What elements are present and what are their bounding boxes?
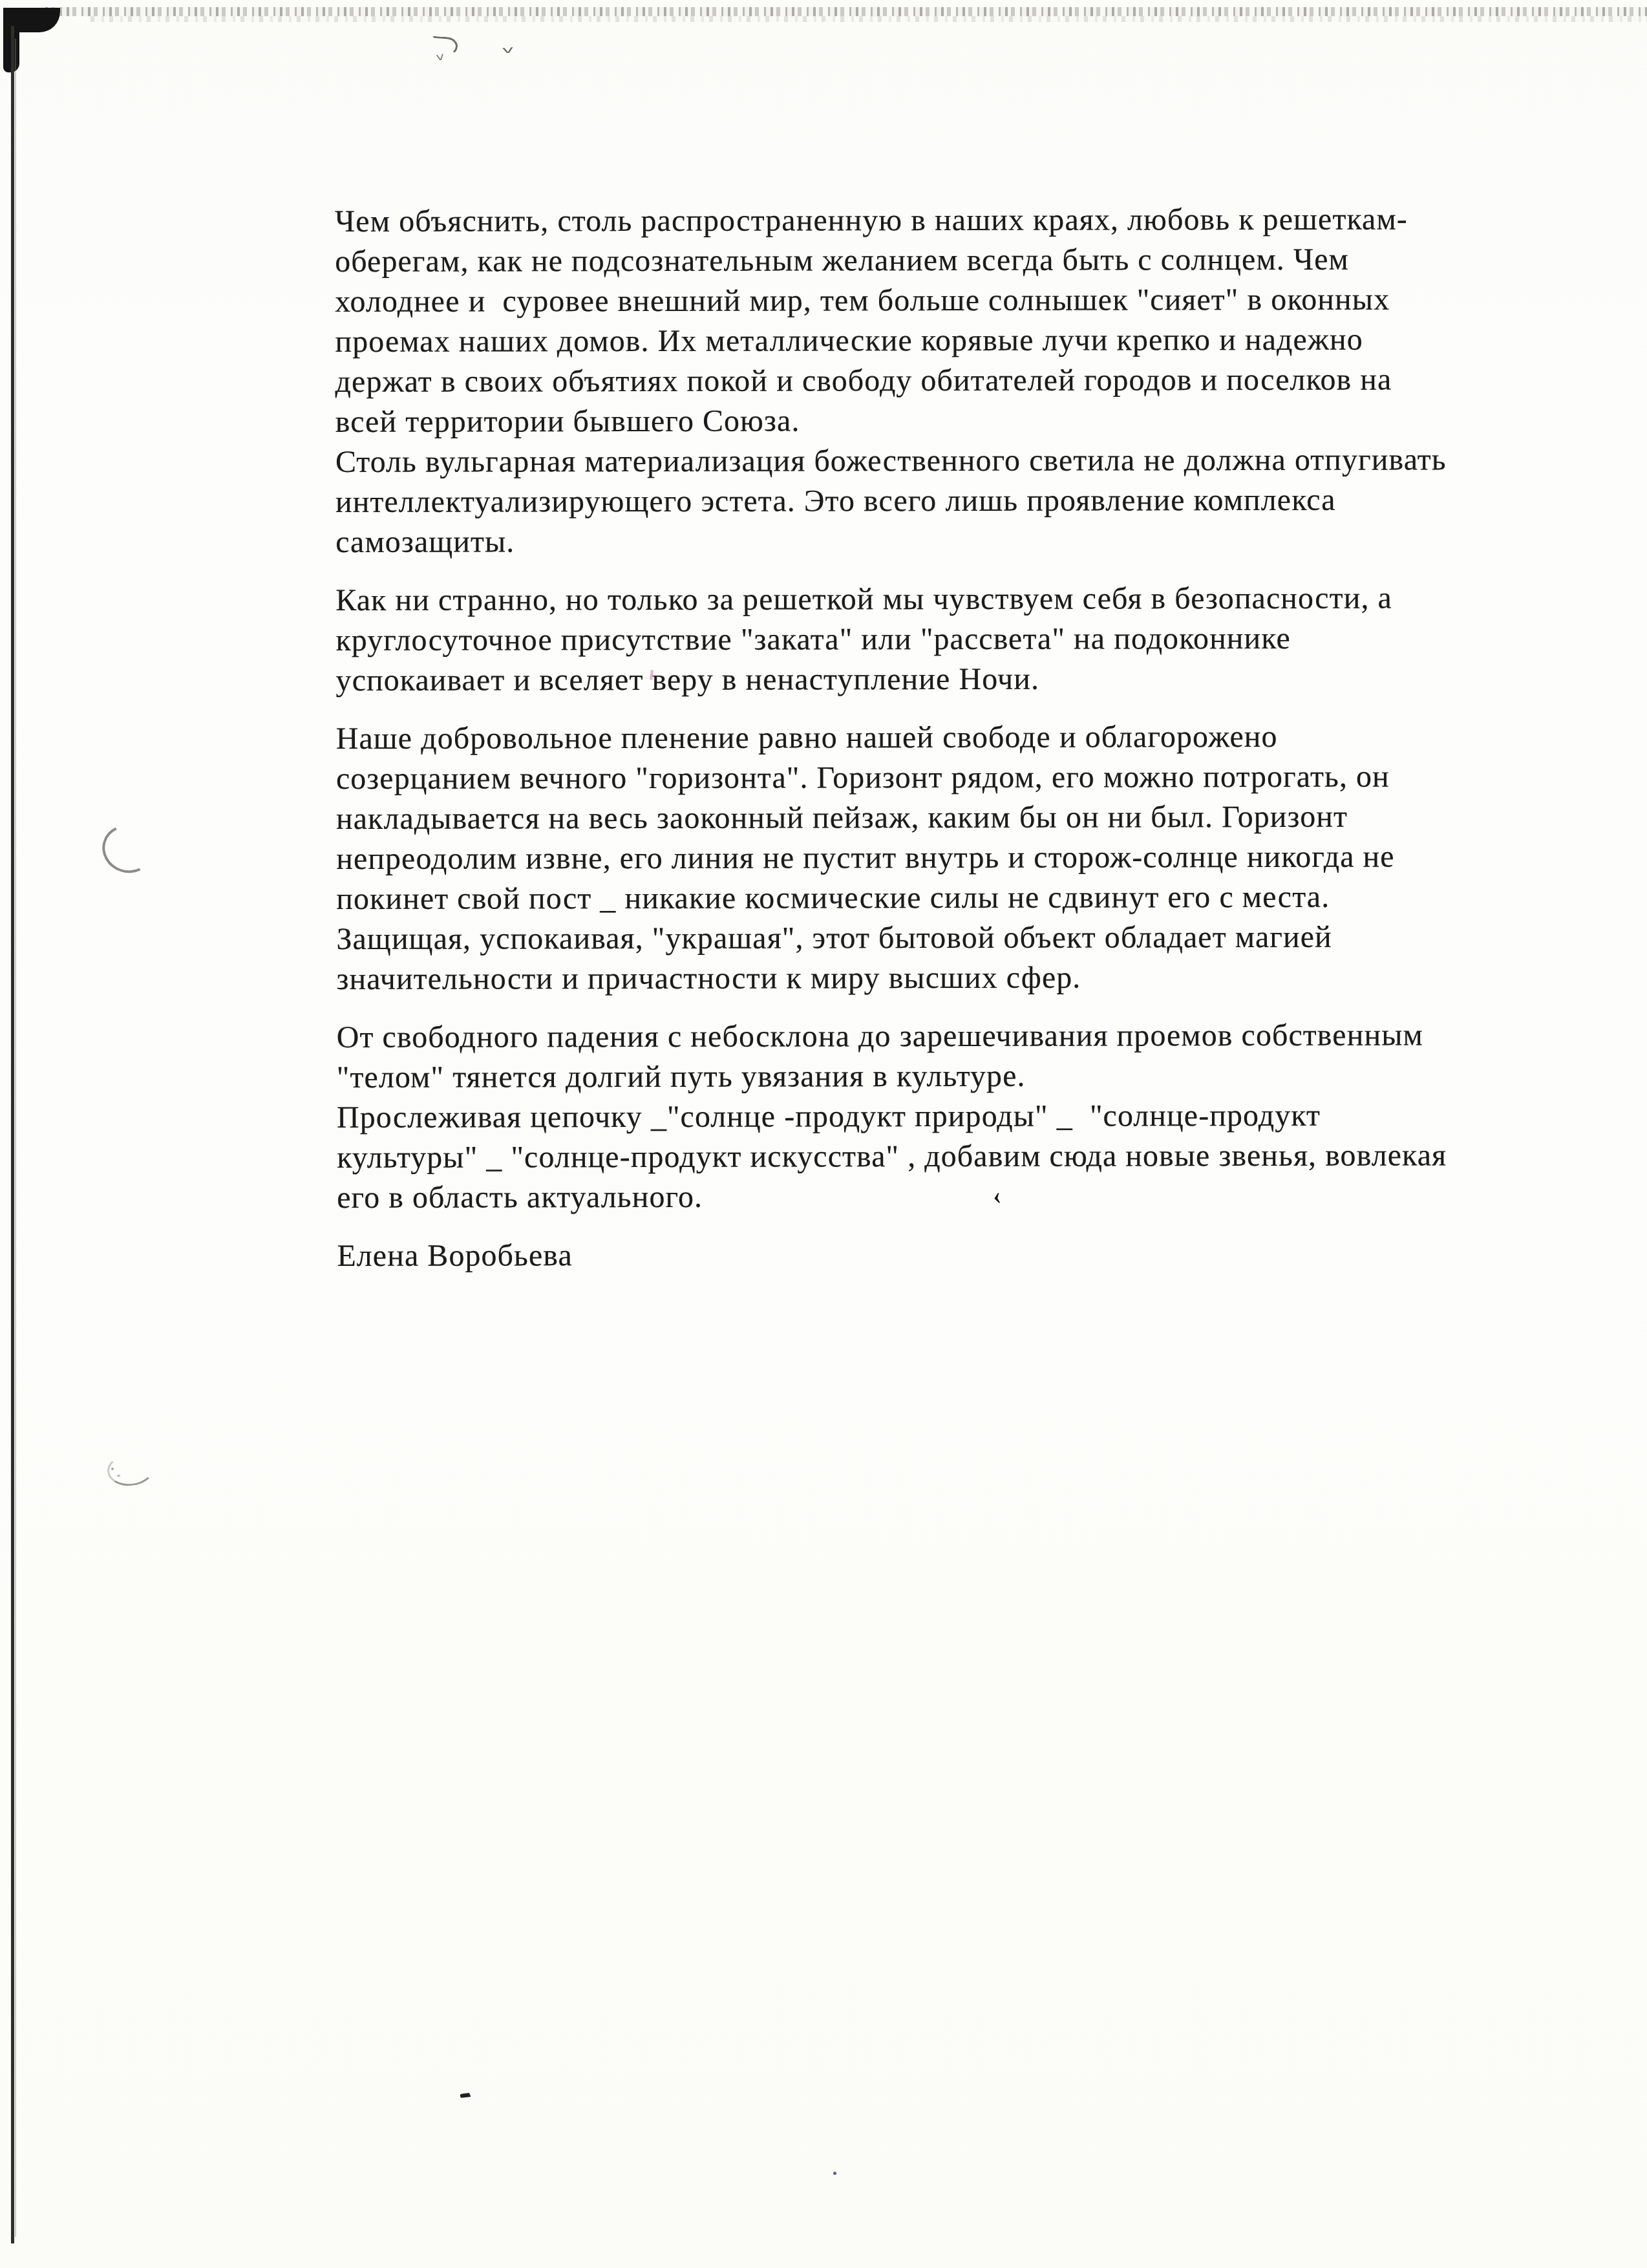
text-line: успокаивает и вселяет веру в ненаступлен…: [335, 658, 1493, 701]
text-line: покинет свой пост _ никакие космические …: [336, 877, 1493, 919]
text-line: Столь вульгарная материализация божестве…: [335, 440, 1493, 482]
text-line: Чем объяснить, столь распространенную в …: [335, 199, 1492, 242]
text-line: культуры" _ "солнце-продукт искусства" ,…: [337, 1135, 1494, 1178]
text-line: Прослеживая цепочку _"солнце -продукт пр…: [337, 1095, 1494, 1138]
text-line: "телом" тянется долгий путь увязания в к…: [337, 1055, 1494, 1098]
pencil-speck-icon: [111, 1468, 114, 1470]
pencil-tick-icon: v: [502, 44, 514, 56]
text-line: От свободного падения с небосклона до за…: [337, 1015, 1494, 1058]
document-text-block: Чем объяснить, столь распространенную в …: [335, 199, 1494, 1276]
text-line: его в область актуального.: [337, 1175, 1494, 1218]
paragraph: Чем объяснить, столь распространенную в …: [335, 199, 1493, 442]
text-line: значительности и причастности к миру выс…: [336, 957, 1493, 1000]
text-line: интеллектуализирующего эстета. Это всего…: [335, 480, 1493, 522]
text-line: проемах наших домов. Их металлические ко…: [335, 319, 1492, 362]
text-line: круглосуточное присутствие "заката" или …: [335, 618, 1493, 661]
paragraph: Столь вульгарная материализация божестве…: [335, 440, 1493, 562]
text-line: самозащиты.: [335, 520, 1493, 562]
paragraph: От свободного падения с небосклона до за…: [337, 1015, 1494, 1218]
text-line: Наше добровольное пленение равно нашей с…: [336, 716, 1493, 759]
scanner-noise-band-icon: [45, 7, 1647, 16]
text-line: Защищая, успокаивая, "украшая", этот быт…: [336, 917, 1493, 959]
text-line: Как ни странно, но только за решеткой мы…: [335, 578, 1493, 621]
pencil-crescent-mark-icon: [96, 818, 160, 879]
scanned-document-page: v v ‹ Чем объяснить, столь распространен…: [0, 0, 1647, 2268]
paragraph: Как ни странно, но только за решеткой мы…: [335, 578, 1493, 701]
text-line: холоднее и суровее внешний мир, тем боль…: [335, 279, 1492, 322]
author-signature: Елена Воробьева: [337, 1234, 1494, 1276]
text-line: всей территории бывшего Союза.: [335, 400, 1493, 442]
text-line: созерцанием вечного "горизонта". Горизон…: [336, 756, 1493, 799]
text-line: держат в своих объятиях покой и свободу …: [335, 359, 1493, 402]
paragraph: Наше добровольное пленение равно нашей с…: [336, 716, 1494, 1000]
scanner-edge-line-icon: [11, 26, 14, 2243]
scanner-noise-band2-icon: [90, 16, 1647, 22]
pencil-speck-icon: [117, 1475, 120, 1477]
pen-speck-icon: [833, 2172, 836, 2175]
scanner-edge-line-soft-icon: [15, 39, 16, 2237]
text-line: оберегам, как не подсознательным желание…: [335, 239, 1492, 282]
signature-block: Елена Воробьева: [337, 1234, 1494, 1276]
text-line: накладывается на весь заоконный пейзаж, …: [336, 797, 1493, 839]
text-line: непреодолим извне, его линия не пустит в…: [336, 837, 1493, 879]
ink-speck-icon: [460, 2093, 471, 2098]
